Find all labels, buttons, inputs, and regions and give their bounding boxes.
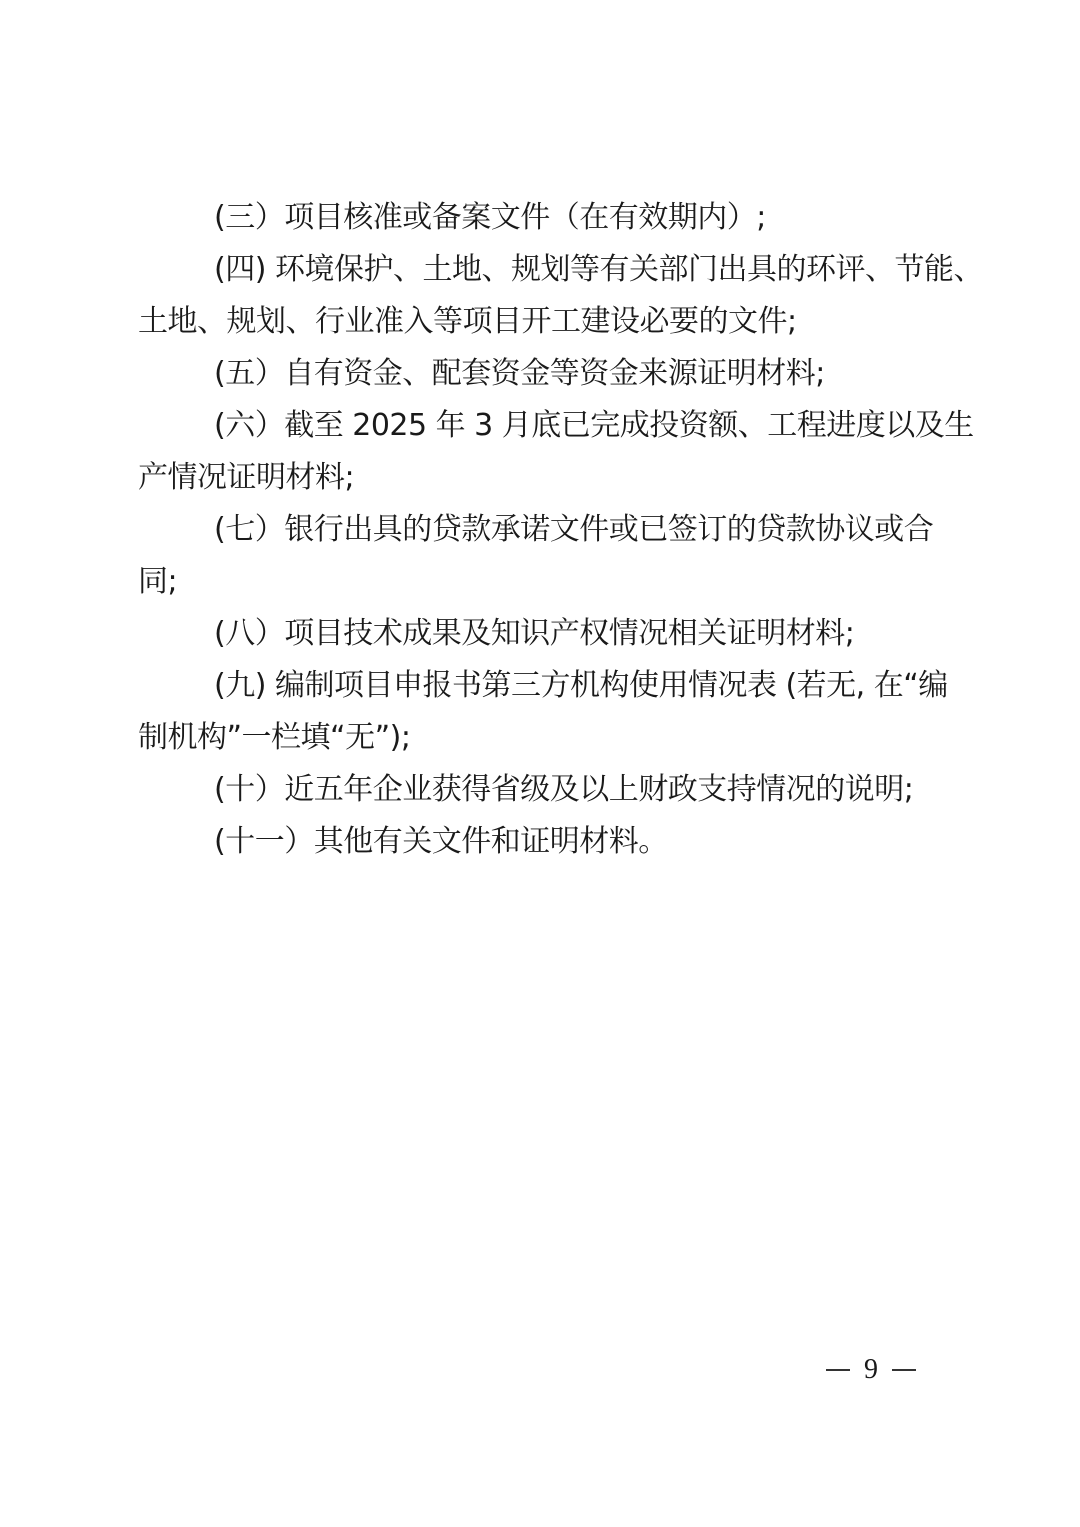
text-line: 同;	[138, 556, 948, 608]
text-line: (八）项目技术成果及知识产权情况相关证明材料;	[138, 608, 948, 660]
document-body: (三）项目核准或备案文件（在有效期内）; (四) 环境保护、土地、规划等有关部门…	[138, 192, 948, 868]
text-line: (十）近五年企业获得省级及以上财政支持情况的说明;	[138, 764, 948, 816]
list-item-11: (十一）其他有关文件和证明材料。	[138, 816, 948, 868]
text-line: 土地、规划、行业准入等项目开工建设必要的文件;	[138, 296, 948, 348]
dash-right	[892, 1369, 916, 1371]
text-line: (七）银行出具的贷款承诺文件或已签订的贷款协议或合	[138, 504, 948, 556]
text-line: (四) 环境保护、土地、规划等有关部门出具的环评、节能、	[138, 244, 948, 296]
list-item-6: (六）截至 2025 年 3 月底已完成投资额、工程进度以及生 产情况证明材料;	[138, 400, 948, 504]
text-line: 产情况证明材料;	[138, 452, 948, 504]
list-item-10: (十）近五年企业获得省级及以上财政支持情况的说明;	[138, 764, 948, 816]
page-number-value: 9	[864, 1354, 878, 1386]
document-page: (三）项目核准或备案文件（在有效期内）; (四) 环境保护、土地、规划等有关部门…	[0, 0, 1080, 1527]
text-line: (三）项目核准或备案文件（在有效期内）;	[138, 192, 948, 244]
list-item-7: (七）银行出具的贷款承诺文件或已签订的贷款协议或合 同;	[138, 504, 948, 608]
dash-left	[826, 1369, 850, 1371]
text-line: 制机构”一栏填“无”);	[138, 712, 948, 764]
text-line: (十一）其他有关文件和证明材料。	[138, 816, 948, 868]
text-line: (九) 编制项目申报书第三方机构使用情况表 (若无, 在“编	[138, 660, 948, 712]
list-item-5: (五）自有资金、配套资金等资金来源证明材料;	[138, 348, 948, 400]
list-item-3: (三）项目核准或备案文件（在有效期内）;	[138, 192, 948, 244]
list-item-9: (九) 编制项目申报书第三方机构使用情况表 (若无, 在“编 制机构”一栏填“无…	[138, 660, 948, 764]
page-number: 9	[826, 1350, 916, 1390]
list-item-4: (四) 环境保护、土地、规划等有关部门出具的环评、节能、 土地、规划、行业准入等…	[138, 244, 948, 348]
text-line: (六）截至 2025 年 3 月底已完成投资额、工程进度以及生	[138, 400, 948, 452]
list-item-8: (八）项目技术成果及知识产权情况相关证明材料;	[138, 608, 948, 660]
text-line: (五）自有资金、配套资金等资金来源证明材料;	[138, 348, 948, 400]
